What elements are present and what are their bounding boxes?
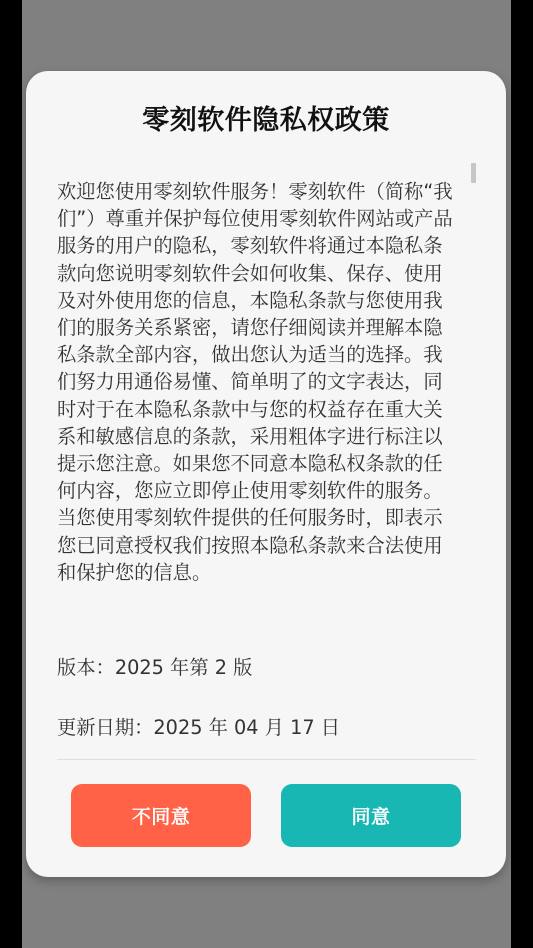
disagree-button[interactable]: 不同意 [71, 784, 251, 847]
divider [57, 759, 476, 760]
scrollbar-thumb[interactable] [471, 163, 476, 183]
dialog-title: 零刻软件隐私权政策 [26, 103, 506, 139]
privacy-policy-dialog: 零刻软件隐私权政策 欢迎您使用零刻软件服务！零刻软件（简称“我们”）尊重并保护每… [26, 71, 506, 877]
agree-button[interactable]: 同意 [281, 784, 461, 847]
policy-update-date: 更新日期：2025 年 04 月 17 日 [57, 715, 340, 741]
policy-version: 版本：2025 年第 2 版 [57, 655, 252, 681]
policy-body-text: 欢迎您使用零刻软件服务！零刻软件（简称“我们”）尊重并保护每位使用零刻软件网站或… [57, 178, 453, 586]
